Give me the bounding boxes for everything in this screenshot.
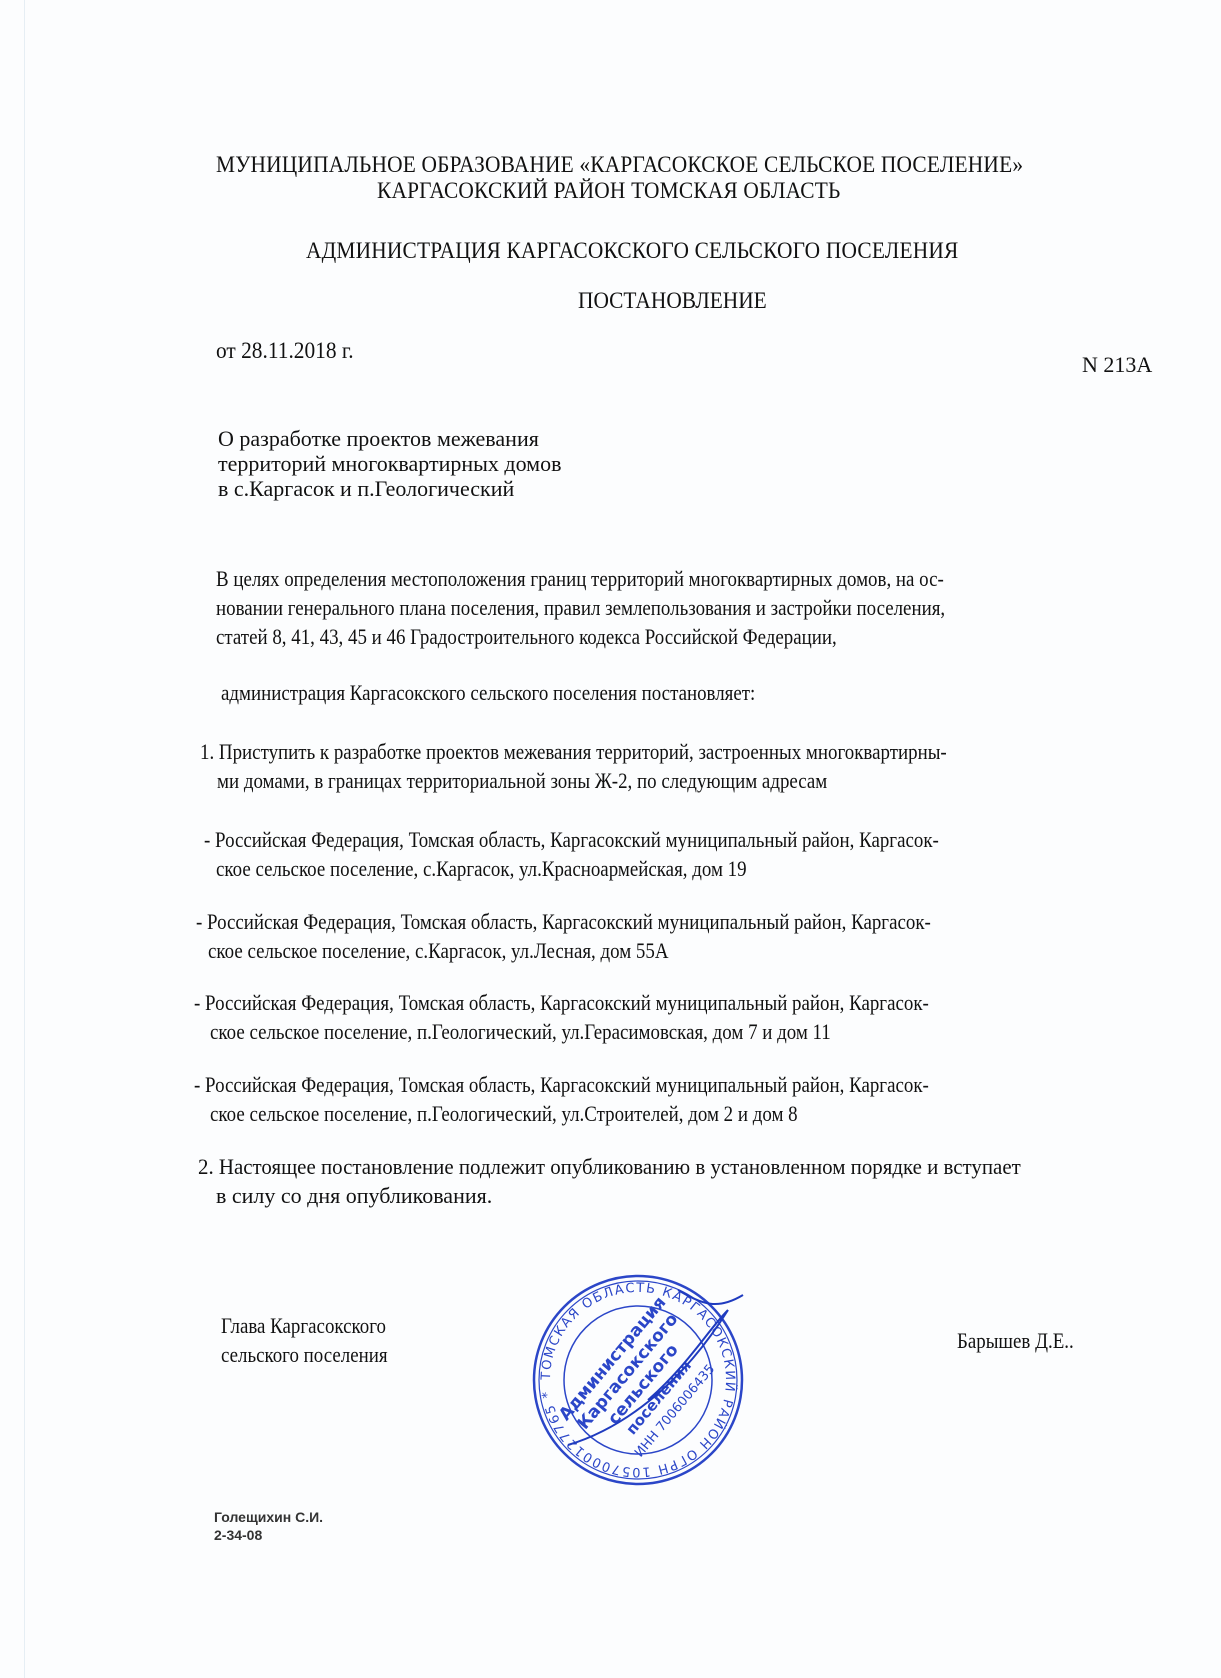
executor-phone: 2-34-08 [214,1527,262,1544]
preamble-line-2: новании генерального плана поселения, пр… [216,593,945,622]
executor-name: Голещихин С.И. [214,1509,323,1526]
signatory-position-line-1: Глава Каргасокского [221,1311,386,1340]
document-number: N 213A [1082,350,1152,379]
item-2-line-2: в силу со дня опубликования. [216,1181,492,1210]
document-type-title: ПОСТАНОВЛЕНИЕ [578,288,767,314]
item-1-line-1: 1. Приступить к разработке проектов меже… [200,737,947,766]
seal-icon: ТОМСКАЯ ОБЛАСТЬ КАРГАСОКСКИЙ РАЙОН ОГРН … [528,1270,748,1490]
subject-line-2: территорий многоквартирных домов [218,451,561,476]
item-1-line-2: ми домами, в границах территориальной зо… [217,766,827,795]
header-region: КАРГАСОКСКИЙ РАЙОН ТОМСКАЯ ОБЛАСТЬ [377,178,840,204]
document-date: от 28.11.2018 г. [216,338,354,364]
official-seal-stamp: ТОМСКАЯ ОБЛАСТЬ КАРГАСОКСКИЙ РАЙОН ОГРН … [528,1270,748,1490]
address-4-line-1: - Российская Федерация, Томская область,… [194,1070,929,1099]
signatory-position-line-2: сельского поселения [221,1340,388,1369]
address-1-line-1: - Российская Федерация, Томская область,… [204,825,939,854]
address-1-line-2: ское сельское поселение, с.Каргасок, ул.… [216,854,747,883]
preamble-line-3: статей 8, 41, 43, 45 и 46 Градостроитель… [216,622,837,651]
signatory-name: Барышев Д.Е.. [957,1326,1074,1355]
preamble-line-1: В целях определения местоположения грани… [216,564,944,593]
scan-edge-line [24,0,25,1678]
header-municipality: МУНИЦИПАЛЬНОЕ ОБРАЗОВАНИЕ «КАРГАСОКСКОЕ … [216,152,1023,178]
address-3-line-1: - Российская Федерация, Томская область,… [194,988,929,1017]
subject-line-1: О разработке проектов межевания [218,426,539,451]
address-2-line-1: - Российская Федерация, Томская область,… [196,907,931,936]
subject-line-3: в с.Каргасок и п.Геологический [218,476,514,501]
item-2-line-1: 2. Настоящее постановление подлежит опуб… [198,1152,1021,1181]
address-2-line-2: ское сельское поселение, с.Каргасок, ул.… [208,936,669,965]
document-page: МУНИЦИПАЛЬНОЕ ОБРАЗОВАНИЕ «КАРГАСОКСКОЕ … [0,0,1221,1678]
resolves-statement: администрация Каргасокского сельского по… [221,678,755,707]
address-4-line-2: ское сельское поселение, п.Геологический… [210,1099,798,1128]
header-administration: АДМИНИСТРАЦИЯ КАРГАСОКСКОГО СЕЛЬСКОГО ПО… [306,238,958,264]
address-3-line-2: ское сельское поселение, п.Геологический… [210,1017,831,1046]
